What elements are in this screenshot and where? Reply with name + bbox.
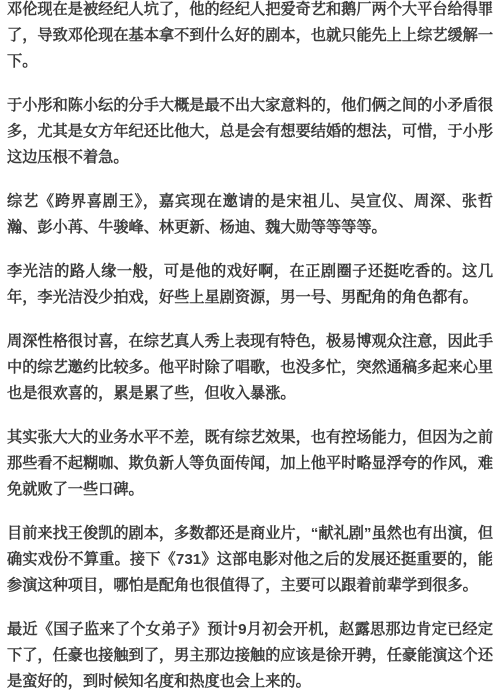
article-paragraph: 邓伦现在是被经纪人坑了，他的经纪人把爱奇艺和鹅厂两个大平台给得罪了，导致邓伦现在… bbox=[7, 0, 493, 75]
article-body: 邓伦现在是被经纪人坑了，他的经纪人把爱奇艺和鹅厂两个大平台给得罪了，导致邓伦现在… bbox=[0, 0, 500, 695]
article-paragraph: 李光洁的路人缘一般，可是他的戏好啊，在正剧圈子还挺吃香的。这几年，李光洁没少拍戏… bbox=[7, 259, 493, 311]
article-paragraph: 周深性格很讨喜，在综艺真人秀上表现有特色，极易博观众注意，因此手中的综艺邀约比较… bbox=[7, 329, 493, 407]
article-paragraph: 其实张大大的业务水平不差，既有综艺效果，也有控场能力，但因为之前那些看不起糊咖、… bbox=[7, 425, 493, 503]
article-paragraph: 于小彤和陈小纭的分手大概是最不出大家意料的，他们俩之间的小矛盾很多，尤其是女方年… bbox=[7, 93, 493, 171]
article-paragraph: 目前来找王俊凯的剧本，多数都还是商业片，“献礼剧”虽然也有出演，但确实戏份不算重… bbox=[7, 521, 493, 599]
article-paragraph: 综艺《跨界喜剧王》，嘉宾现在邀请的是宋祖儿、吴宣仪、周深、张哲瀚、彭小苒、牛骏峰… bbox=[7, 189, 493, 241]
article-paragraph: 最近《国子监来了个女弟子》预计9月初会开机，赵露思那边肯定已经定下了，任豪也接触… bbox=[7, 617, 493, 695]
